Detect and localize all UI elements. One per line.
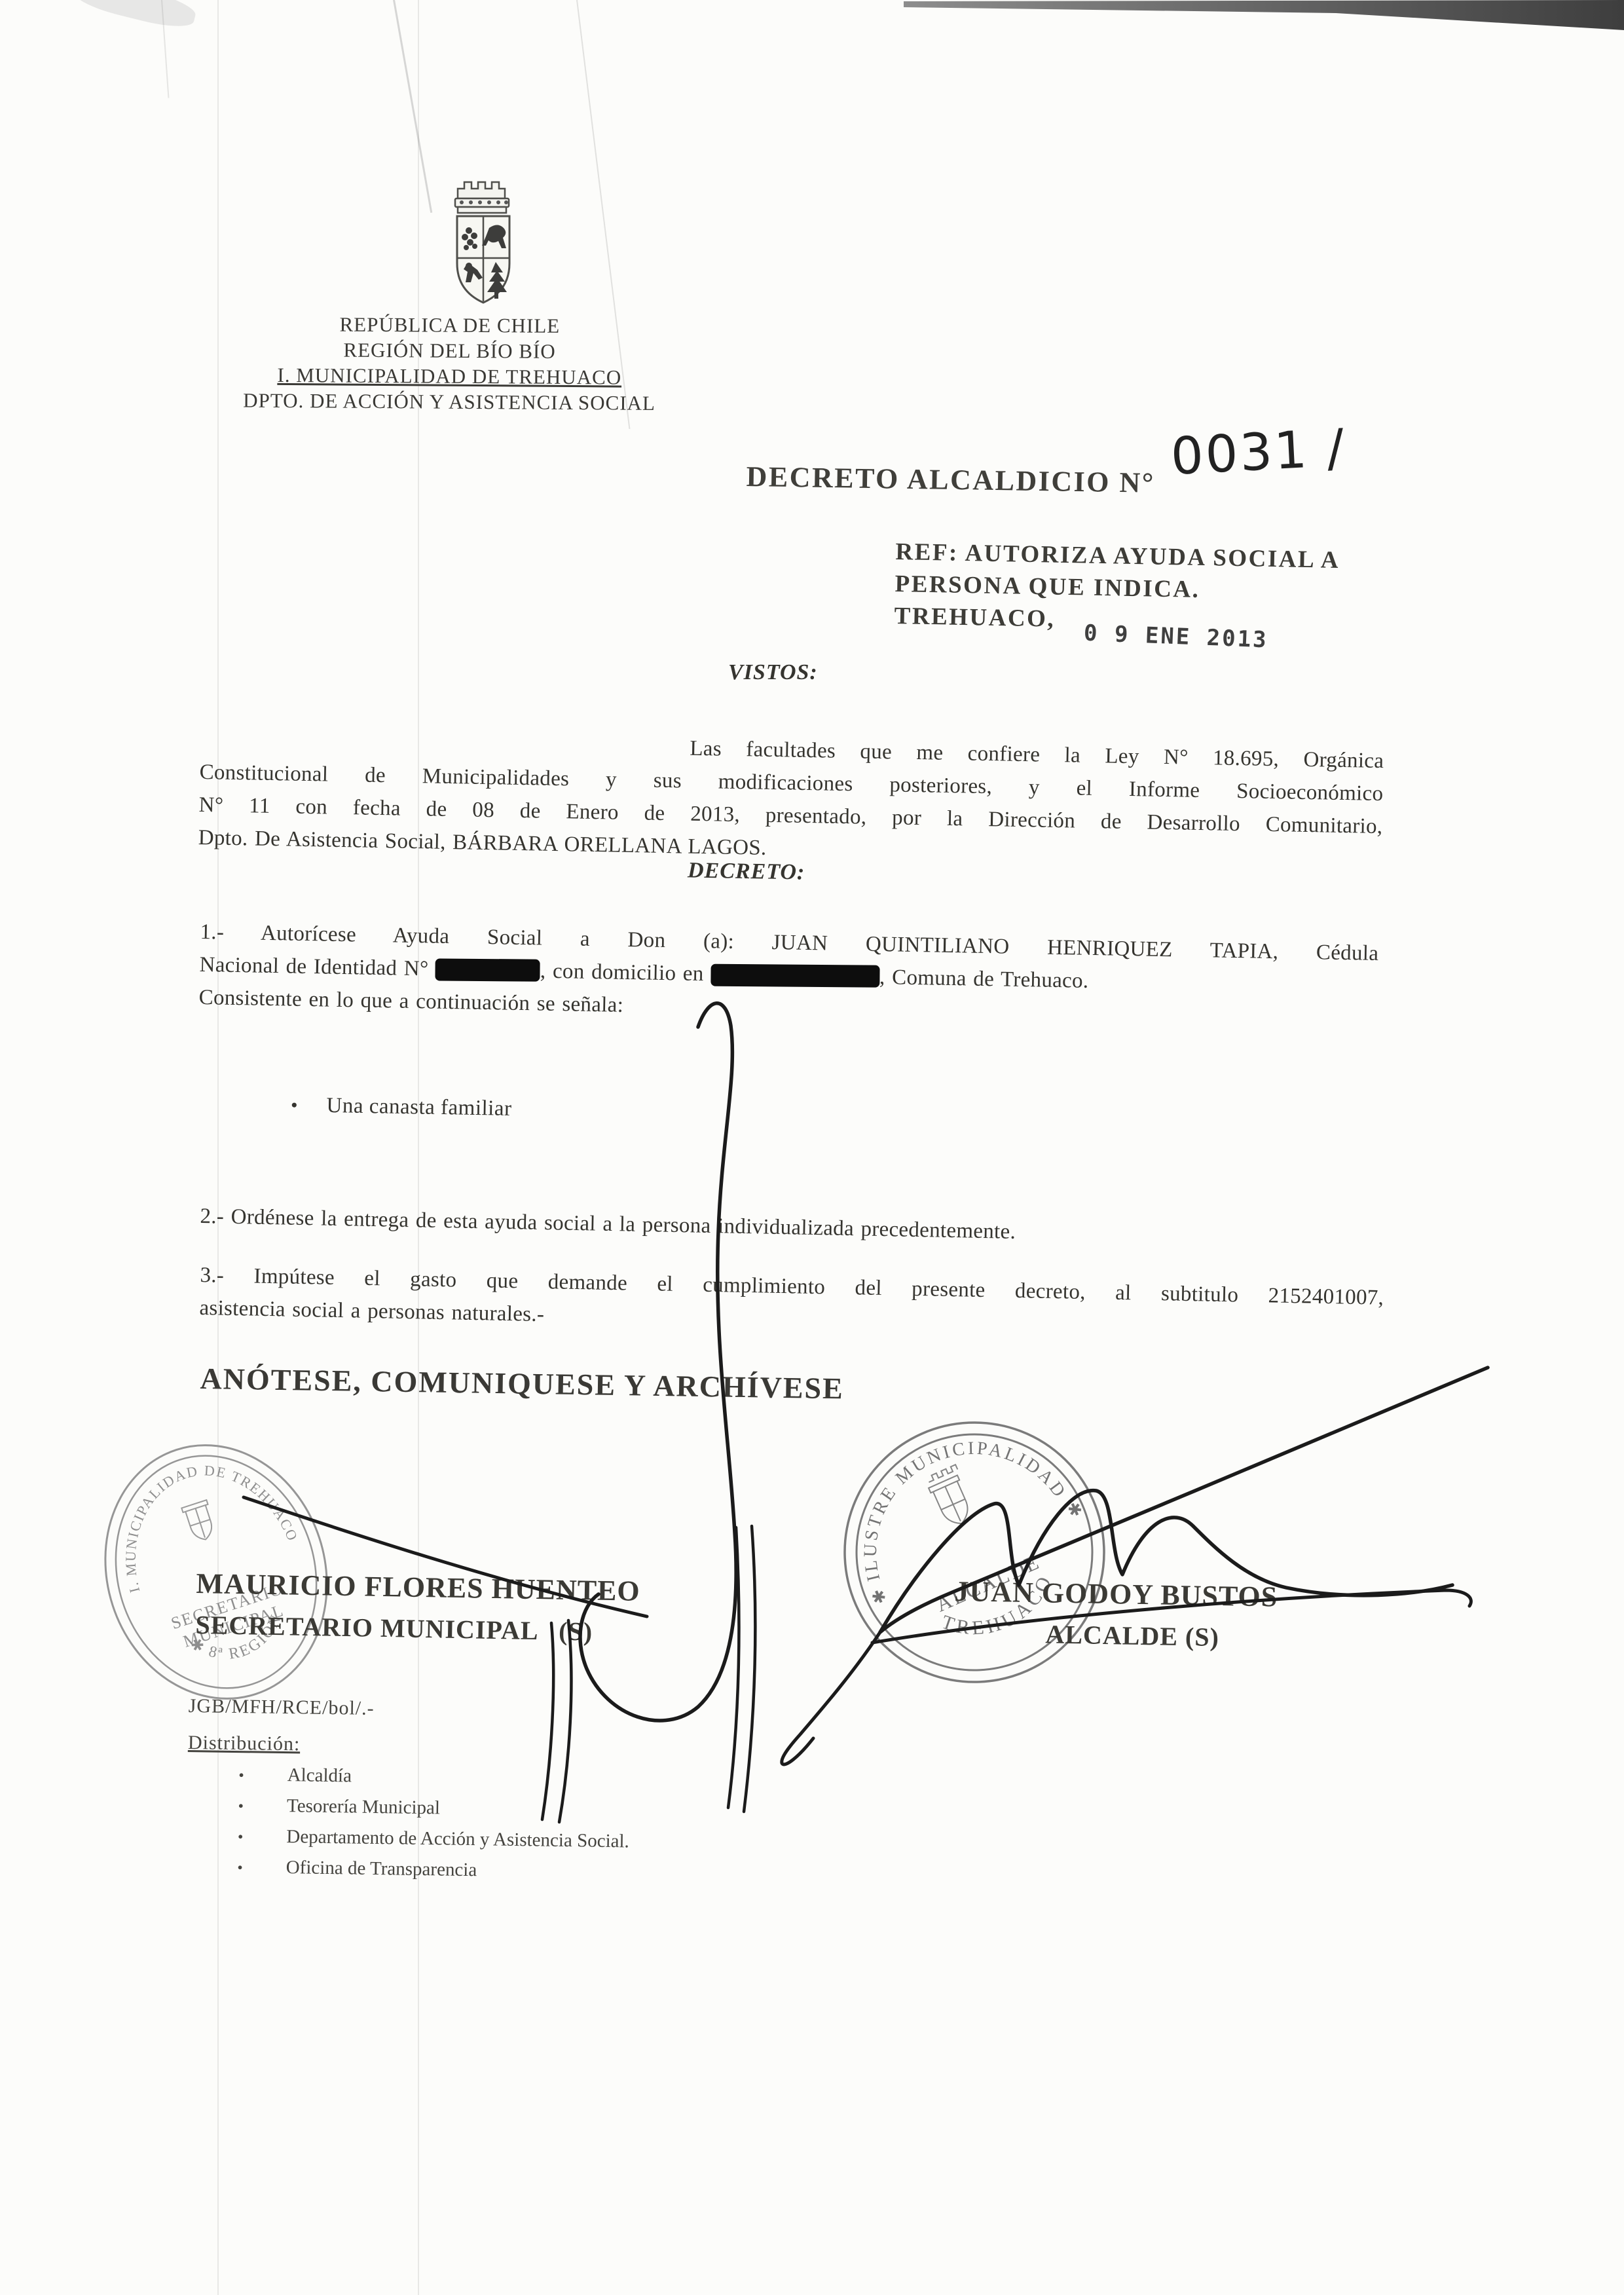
- scan-streak: [393, 0, 432, 213]
- org-line-republic: REPÚBLICA DE CHILE: [191, 310, 709, 340]
- distribution-item-label: Alcaldía: [287, 1764, 352, 1787]
- article-3: 3.- Impútese el gasto que demande el cum…: [199, 1259, 1384, 1347]
- vistos-label: VISTOS:: [728, 660, 818, 685]
- distribution-item-label: Tesorería Municipal: [287, 1795, 440, 1819]
- signature-stroke: [728, 1527, 739, 1808]
- distribution-item: • Alcaldía: [187, 1763, 630, 1791]
- org-line-department: DPTO. DE ACCIÓN Y ASISTENCIA SOCIAL: [191, 387, 708, 417]
- decree-title: DECRETO ALCALDICIO N°: [746, 460, 1155, 500]
- stamp-star-icon: ✱: [1065, 1499, 1086, 1521]
- scan-smudge: [70, 0, 198, 33]
- distribution-item: • Tesorería Municipal: [187, 1794, 629, 1821]
- article-text: , Comuna de Trehuaco.: [879, 965, 1089, 993]
- decreto-label: DECRETO:: [688, 858, 805, 885]
- distribution-item: • Oficina de Transparencia: [186, 1856, 629, 1883]
- scanned-decree-page: REPÚBLICA DE CHILE REGIÓN DEL BÍO BÍO I.…: [0, 0, 1624, 2295]
- org-line-municipality: I. MUNICIPALIDAD DE TREHUACO: [191, 362, 708, 391]
- bullet-icon: •: [238, 1798, 244, 1816]
- header-org-block: REPÚBLICA DE CHILE REGIÓN DEL BÍO BÍO I.…: [191, 310, 709, 417]
- bullet-icon: •: [237, 1859, 243, 1877]
- right-signatory-block: JUAN GODOY BUSTOS ALCALDE (S): [953, 1575, 1278, 1654]
- closing-order-line: ANÓTESE, COMUNIQUESE Y ARCHÍVESE: [200, 1361, 844, 1406]
- distribution-item-label: Oficina de Transparencia: [286, 1857, 477, 1881]
- drafting-initials: JGB/MFH/RCE/bol/.-: [189, 1695, 631, 1723]
- org-line-region: REGIÓN DEL BÍO BÍO: [191, 336, 708, 365]
- scan-shadow-top-right: [904, 0, 1624, 39]
- article-text: , con domicilio en: [540, 960, 704, 986]
- distribution-item-label: Departamento de Acción y Asistencia Soci…: [286, 1826, 629, 1852]
- considerations-paragraph: Las facultades que me confiere la Ley N°…: [198, 723, 1384, 876]
- bullet-icon: •: [291, 1094, 298, 1117]
- decree-number-handwritten: 0031 /: [1170, 419, 1348, 487]
- redaction-bar: [710, 964, 879, 988]
- signatory-name: JUAN GODOY BUSTOS: [954, 1575, 1278, 1614]
- stamp-star-icon: ✱: [868, 1586, 889, 1609]
- distribution-item: • Departamento de Acción y Asistencia So…: [187, 1825, 629, 1852]
- bullet-icon: •: [238, 1829, 244, 1846]
- signature-stroke: [744, 1526, 755, 1812]
- article-2: 2.- Ordénese la entrega de esta ayuda so…: [200, 1200, 1373, 1255]
- bullet-icon: •: [238, 1767, 244, 1785]
- signatory-name: MAURICIO FLORES HUENTEO: [196, 1567, 640, 1608]
- left-signatory-block: MAURICIO FLORES HUENTEO SECRETARIO MUNIC…: [195, 1567, 640, 1648]
- redaction-bar: [435, 958, 540, 981]
- signatory-title: ALCALDE (S): [1045, 1618, 1278, 1653]
- list-item-label: Una canasta familiar: [326, 1094, 512, 1121]
- coat-of-arms-icon: [447, 176, 519, 310]
- footer-block: JGB/MFH/RCE/bol/.- Distribución: • Alcal…: [186, 1695, 631, 1883]
- article-text: Nacional de Identidad N°: [199, 953, 435, 981]
- article-1: 1.- Autorícese Ayuda Social a Don (a): J…: [198, 916, 1378, 1036]
- list-item: • Una canasta familiar: [291, 1093, 512, 1121]
- distribution-label: Distribución:: [188, 1732, 631, 1760]
